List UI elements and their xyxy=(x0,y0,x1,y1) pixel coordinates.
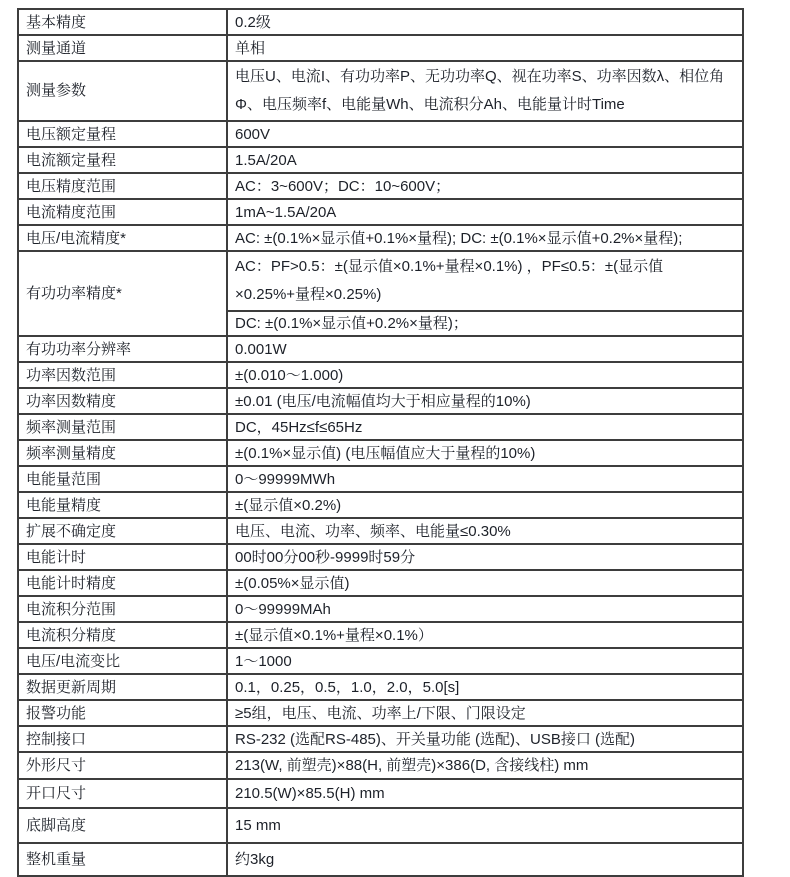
spec-label: 数据更新周期 xyxy=(18,674,227,700)
spec-value: 0.001W xyxy=(227,336,743,362)
spec-row-opening-dimensions: 开口尺寸 210.5(W)×85.5(H) mm xyxy=(18,779,743,808)
spec-value: 1mA~1.5A/20A xyxy=(227,199,743,225)
spec-row-active-power-resolution: 有功功率分辨率 0.001W xyxy=(18,336,743,362)
spec-row-power-factor-accuracy: 功率因数精度 ±0.01 (电压/电流幅值均大于相应量程的10%) xyxy=(18,388,743,414)
spec-row-energy-range: 电能量范围 0～99999MWh xyxy=(18,466,743,492)
spec-value: 0.1，0.25，0.5，1.0，2.0，5.0[s] xyxy=(227,674,743,700)
spec-value: 0～99999MAh xyxy=(227,596,743,622)
spec-row-energy-accuracy: 电能量精度 ±(显示值×0.2%) xyxy=(18,492,743,518)
spec-value: 0～99999MWh xyxy=(227,466,743,492)
spec-label: 频率测量范围 xyxy=(18,414,227,440)
spec-row-expanded-uncertainty: 扩展不确定度 电压、电流、功率、频率、电能量≤0.30% xyxy=(18,518,743,544)
spec-row-voltage-rated-range: 电压额定量程 600V xyxy=(18,121,743,147)
spec-row-current-rated-range: 电流额定量程 1.5A/20A xyxy=(18,147,743,173)
spec-label: 底脚高度 xyxy=(18,808,227,825)
spec-row-current-accuracy-range: 电流精度范围 1mA~1.5A/20A xyxy=(18,199,743,225)
spec-label: 电能计时 xyxy=(18,544,227,570)
spec-value: 电压、电流、功率、频率、电能量≤0.30% xyxy=(227,518,743,544)
spec-label: 频率测量精度 xyxy=(18,440,227,466)
spec-row-current-integration-range: 电流积分范围 0～99999MAh xyxy=(18,596,743,622)
spec-value: ±(0.010～1.000) xyxy=(227,362,743,388)
spec-value: ±0.01 (电压/电流幅值均大于相应量程的10%) xyxy=(227,388,743,414)
spec-row-outer-dimensions: 外形尺寸 213(W, 前塑壳)×88(H, 前塑壳)×386(D, 含接线柱)… xyxy=(18,752,743,779)
spec-label: 电压/电流精度* xyxy=(18,225,227,251)
spec-value: AC: ±(0.1%×显示值+0.1%×量程); DC: ±(0.1%×显示值+… xyxy=(227,225,743,251)
spec-label: 功率因数精度 xyxy=(18,388,227,414)
spec-row-voltage-accuracy-range: 电压精度范围 AC：3~600V；DC：10~600V； xyxy=(18,173,743,199)
spec-label: 电流积分范围 xyxy=(18,596,227,622)
spec-label: 电能量精度 xyxy=(18,492,227,518)
spec-label: 电压额定量程 xyxy=(18,121,227,147)
spec-value: ±(显示值×0.2%) xyxy=(227,492,743,518)
spec-value: ≥5组，电压、电流、功率上/下限、门限设定 xyxy=(227,700,743,726)
spec-label: 电流精度范围 xyxy=(18,199,227,225)
spec-row-active-power-accuracy: 有功功率精度* AC：PF>0.5：±(显示值×0.1%+量程×0.1%) ，P… xyxy=(18,251,743,311)
spec-label: 开口尺寸 xyxy=(18,779,227,808)
spec-value: 0.2级 xyxy=(227,9,743,35)
spec-label: 外形尺寸 xyxy=(18,752,227,779)
spec-label: 功率因数范围 xyxy=(18,362,227,388)
spec-row-voltage-current-accuracy: 电压/电流精度* AC: ±(0.1%×显示值+0.1%×量程); DC: ±(… xyxy=(18,225,743,251)
spec-label: 有功功率分辨率 xyxy=(18,336,227,362)
spec-row-measurement-channel: 测量通道 单相 xyxy=(18,35,743,61)
spec-label: 电能量范围 xyxy=(18,466,227,492)
spec-row-data-update-period: 数据更新周期 0.1，0.25，0.5，1.0，2.0，5.0[s] xyxy=(18,674,743,700)
spec-value: ±(0.05%×显示值) xyxy=(227,570,743,596)
spec-value: AC：3~600V；DC：10~600V； xyxy=(227,173,743,199)
spec-label: 扩展不确定度 xyxy=(18,518,227,544)
spec-row-frequency-measurement-range: 频率测量范围 DC，45Hz≤f≤65Hz xyxy=(18,414,743,440)
spec-label: 有功功率精度* xyxy=(18,251,227,336)
spec-row-power-factor-range: 功率因数范围 ±(0.010～1.000) xyxy=(18,362,743,388)
spec-row-current-integration-accuracy: 电流积分精度 ±(显示值×0.1%+量程×0.1%） xyxy=(18,622,743,648)
spec-row-frequency-measurement-accuracy: 频率测量精度 ±(0.1%×显示值) (电压幅值应大于量程的10%) xyxy=(18,440,743,466)
spec-table: 基本精度 0.2级 测量通道 单相 测量参数 电压U、电流I、有功功率P、无功功… xyxy=(17,8,744,825)
spec-row-control-interface: 控制接口 RS-232 (选配RS-485)、开关量功能 (选配)、USB接口 … xyxy=(18,726,743,752)
spec-label: 电能计时精度 xyxy=(18,570,227,596)
spec-row-alarm-function: 报警功能 ≥5组，电压、电流、功率上/下限、门限设定 xyxy=(18,700,743,726)
spec-label: 电流额定量程 xyxy=(18,147,227,173)
spec-label: 电压/电流变比 xyxy=(18,648,227,674)
spec-value: 1～1000 xyxy=(227,648,743,674)
spec-value: ±(显示值×0.1%+量程×0.1%） xyxy=(227,622,743,648)
spec-label: 电压精度范围 xyxy=(18,173,227,199)
spec-row-voltage-current-ratio: 电压/电流变比 1～1000 xyxy=(18,648,743,674)
spec-row-energy-timing: 电能计时 00时00分00秒-9999时59分 xyxy=(18,544,743,570)
spec-value: 1.5A/20A xyxy=(227,147,743,173)
spec-value: 15 mm xyxy=(227,808,743,825)
spec-label: 测量参数 xyxy=(18,61,227,121)
spec-label: 测量通道 xyxy=(18,35,227,61)
spec-label: 基本精度 xyxy=(18,9,227,35)
spec-row-energy-timing-accuracy: 电能计时精度 ±(0.05%×显示值) xyxy=(18,570,743,596)
spec-row-foot-height: 底脚高度 15 mm xyxy=(18,808,743,825)
spec-value: DC，45Hz≤f≤65Hz xyxy=(227,414,743,440)
spec-table-container: 基本精度 0.2级 测量通道 单相 测量参数 电压U、电流I、有功功率P、无功功… xyxy=(17,8,744,825)
spec-label: 报警功能 xyxy=(18,700,227,726)
spec-value: 电压U、电流I、有功功率P、无功功率Q、视在功率S、功率因数λ、相位角Φ、电压频… xyxy=(227,61,743,121)
spec-value: 单相 xyxy=(227,35,743,61)
spec-value: AC：PF>0.5：±(显示值×0.1%+量程×0.1%) ，PF≤0.5：±(… xyxy=(227,251,743,311)
spec-value: 210.5(W)×85.5(H) mm xyxy=(227,779,743,808)
spec-value: RS-232 (选配RS-485)、开关量功能 (选配)、USB接口 (选配) xyxy=(227,726,743,752)
spec-value: 00时00分00秒-9999时59分 xyxy=(227,544,743,570)
spec-row-measurement-parameters: 测量参数 电压U、电流I、有功功率P、无功功率Q、视在功率S、功率因数λ、相位角… xyxy=(18,61,743,121)
spec-label: 控制接口 xyxy=(18,726,227,752)
spec-value: 600V xyxy=(227,121,743,147)
spec-value: 213(W, 前塑壳)×88(H, 前塑壳)×386(D, 含接线柱) mm xyxy=(227,752,743,779)
spec-value: ±(0.1%×显示值) (电压幅值应大于量程的10%) xyxy=(227,440,743,466)
spec-value: DC: ±(0.1%×显示值+0.2%×量程)； xyxy=(227,311,743,336)
spec-label: 电流积分精度 xyxy=(18,622,227,648)
spec-row-basic-accuracy: 基本精度 0.2级 xyxy=(18,9,743,35)
